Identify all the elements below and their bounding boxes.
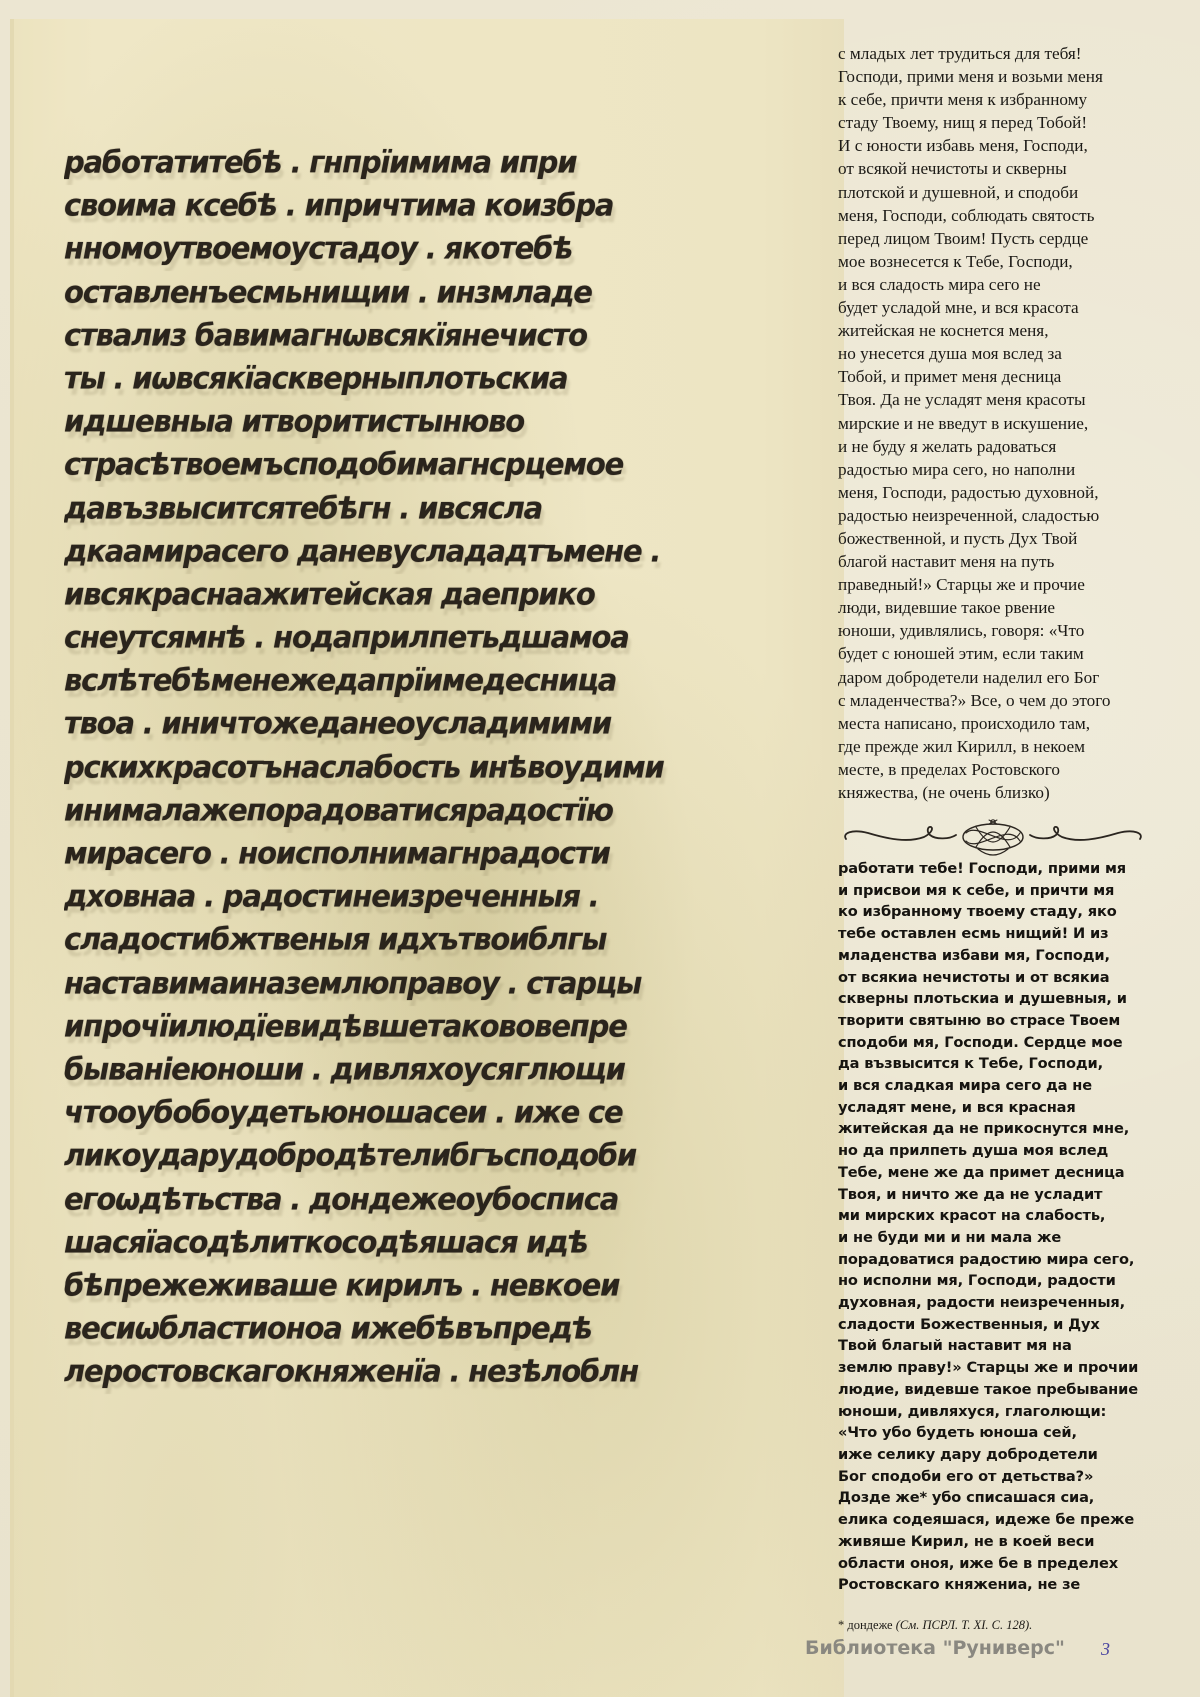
manuscript-line: бѣпрежеживаше кирилъ . невкоеи xyxy=(64,1263,834,1308)
translation-line: с младенчества?» Все, о чем до этого xyxy=(838,689,1200,712)
translation-line: перед лицом Твоим! Пусть сердце xyxy=(838,227,1200,250)
slavonic-line: но да прилпеть душа моя вслед xyxy=(838,1140,1200,1162)
manuscript-line: ипрочїилюдїевидѣвшетакововепре xyxy=(64,1004,834,1049)
slavonic-line: тебе оставлен есмь нищий! И из xyxy=(838,923,1200,945)
manuscript-line: твоа . иничтожеданеоусладимими xyxy=(64,701,834,746)
footnote-marker: * дондеже xyxy=(838,1618,893,1632)
translation-line: даром добродетели наделил его Бог xyxy=(838,666,1200,689)
translation-line: княжества, (не очень близко) xyxy=(838,781,1200,804)
slavonic-line: иже селику дару добродетели xyxy=(838,1444,1200,1466)
slavonic-line: Твой благый наставит мя на xyxy=(838,1335,1200,1357)
manuscript-line: снеутсямнѣ . нодаприлпетьдшамоа xyxy=(64,615,834,660)
translation-line: Господи, прими меня и возьми меня xyxy=(838,65,1200,88)
translation-line: месте, в пределах Ростовского xyxy=(838,758,1200,781)
manuscript-line: вслѣтебѣменежедапрїимедесница xyxy=(64,658,834,703)
translation-line: радостью мира сего, но наполни xyxy=(838,458,1200,481)
church-slavonic-text: работати тебе! Господи, прими мяи присво… xyxy=(838,858,1200,1596)
manuscript-line: идшевныа итворитистынюво xyxy=(64,399,834,444)
manuscript-line: мирасего . ноисполнимагнрадости xyxy=(64,831,834,876)
slavonic-line: Дозде же* убо списашася сиа, xyxy=(838,1487,1200,1509)
translation-line: И с юности избавь меня, Господи, xyxy=(838,134,1200,157)
slavonic-line: Тебе, мене же да примет десница xyxy=(838,1162,1200,1184)
slavonic-line: житейская да не прикоснутся мне, xyxy=(838,1118,1200,1140)
slavonic-line: порадоватися радостию мира сего, xyxy=(838,1249,1200,1271)
slavonic-line: землю праву!» Старцы же и прочии xyxy=(838,1357,1200,1379)
translation-line: божественной, и пусть Дух Твой xyxy=(838,527,1200,550)
slavonic-line: Бог сподоби его от детьства?» xyxy=(838,1466,1200,1488)
slavonic-line: области оноя, иже бе в пределех xyxy=(838,1553,1200,1575)
translation-line: Тобой, и примет меня десница xyxy=(838,365,1200,388)
slavonic-line: ми мирских красот на слабость, xyxy=(838,1205,1200,1227)
manuscript-line: дховнаа . радостинеизреченныя . xyxy=(64,874,834,919)
manuscript-line: своима ксебѣ . ипричтима коизбра xyxy=(64,183,834,228)
translation-line: и вся сладость мира сего не xyxy=(838,273,1200,296)
modern-translation-column: с младых лет трудиться для тебя!Господи,… xyxy=(838,42,1200,804)
translation-line: и не буду я желать радоваться xyxy=(838,435,1200,458)
translation-line: с младых лет трудиться для тебя! xyxy=(838,42,1200,65)
manuscript-line: шасяїасодѣлиткосодѣяшася идѣ xyxy=(64,1220,834,1265)
slavonic-line: елика содеяшася, идеже бе преже xyxy=(838,1509,1200,1531)
manuscript-line: рскихкрасотънаслабость инѣвоудими xyxy=(64,745,834,790)
translation-line: стаду Твоему, нищ я перед Тобой! xyxy=(838,111,1200,134)
manuscript-line: бываніеюноши . дивляхоусяглющи xyxy=(64,1047,834,1092)
translation-line: мирские и не введут в искушение, xyxy=(838,412,1200,435)
slavonic-line: да възвысится к Тебе, Господи, xyxy=(838,1053,1200,1075)
translation-line: благой наставит меня на путь xyxy=(838,550,1200,573)
translation-line: от всякой нечистоты и скверны xyxy=(838,157,1200,180)
slavonic-line: но исполни мя, Господи, радости xyxy=(838,1270,1200,1292)
ornamental-flourish-icon xyxy=(838,817,1148,857)
manuscript-line: оставленъесмьнищии . инзмладе xyxy=(64,269,834,314)
translation-line: плотской и душевной, и сподоби xyxy=(838,181,1200,204)
slavonic-line: Твоя, и ничто же да не усладит xyxy=(838,1184,1200,1206)
slavonic-line: людие, видевше такое пребывание xyxy=(838,1379,1200,1401)
translation-line: Твоя. Да не усладят меня красоты xyxy=(838,388,1200,411)
slavonic-line: ко избранному твоему стаду, яко xyxy=(838,901,1200,923)
translation-line: к себе, причти меня к избранному xyxy=(838,88,1200,111)
manuscript-line: дкаамирасего даневуслададтъмене . xyxy=(64,529,834,574)
manuscript-line: работатитебѣ . гнпрїимима ипри xyxy=(64,140,834,185)
slavonic-line: юноши, дивляхуся, глаголющи: xyxy=(838,1401,1200,1423)
manuscript-facsimile: работатитебѣ . гнпрїимима иприсвоима ксе… xyxy=(10,19,844,1697)
manuscript-line: чтооубобоудетьюношасеи . иже се xyxy=(64,1090,834,1135)
footnote-reference: (См. ПСРЛ. Т. XI. С. 128). xyxy=(896,1618,1033,1632)
manuscript-line: леростовскагокняженїа . незѣлоблн xyxy=(64,1349,834,1394)
manuscript-line: наставимаиназемлюправоу . старцы xyxy=(64,960,834,1005)
slavonic-line: усладят мене, и вся красная xyxy=(838,1097,1200,1119)
translation-line: но унесется душа моя вслед за xyxy=(838,342,1200,365)
manuscript-line: егоωдѣтьства . дондежеоубосписа xyxy=(64,1176,834,1221)
translation-line: места написано, происходило там, xyxy=(838,712,1200,735)
translation-line: праведный!» Старцы же и прочие xyxy=(838,573,1200,596)
manuscript-line: сладостибжтвеныя идхътвоиблгы xyxy=(64,917,834,962)
page-number: 3 xyxy=(1101,1639,1110,1660)
slavonic-line: творити святыню во страсе Твоем xyxy=(838,1010,1200,1032)
translation-line: будет усладой мне, и вся красота xyxy=(838,296,1200,319)
manuscript-line: инималажепорадоватисярадостїю xyxy=(64,788,834,833)
translation-line: меня, Господи, радостью духовной, xyxy=(838,481,1200,504)
manuscript-lines: работатитебѣ . гнпрїимима иприсвоима ксе… xyxy=(64,141,834,1393)
manuscript-line: давъзвыситсятебѣгн . ивсясла xyxy=(64,485,834,530)
translation-line: юноши, удивлялись, говоря: «Что xyxy=(838,619,1200,642)
manuscript-line: ивсякраснаажитейская даеприко xyxy=(64,572,834,617)
translation-line: житейская не коснется меня, xyxy=(838,319,1200,342)
manuscript-line: страсѣтвоемъсподобимагнсрцемое xyxy=(64,442,834,487)
slavonic-line: духовная, радости неизреченныя, xyxy=(838,1292,1200,1314)
footnote: * дондеже (См. ПСРЛ. Т. XI. С. 128). xyxy=(838,1618,1032,1633)
slavonic-line: живяше Кирил, не в коей веси xyxy=(838,1531,1200,1553)
slavonic-line: и вся сладкая мира сего да не xyxy=(838,1075,1200,1097)
slavonic-line: сподоби мя, Господи. Сердце мое xyxy=(838,1032,1200,1054)
slavonic-line: «Что убо будеть юноша сей, xyxy=(838,1422,1200,1444)
slavonic-line: от всякиа нечистоты и от всякиа xyxy=(838,967,1200,989)
translation-line: где прежде жил Кирилл, в некоем xyxy=(838,735,1200,758)
modern-translation-text: с младых лет трудиться для тебя!Господи,… xyxy=(838,42,1200,804)
slavonic-line: сладости Божественныя, и Дух xyxy=(838,1314,1200,1336)
translation-line: меня, Господи, соблюдать святость xyxy=(838,204,1200,227)
slavonic-line: Ростовскаго княжениа, не зе xyxy=(838,1574,1200,1596)
translation-line: будет с юношей этим, если таким xyxy=(838,642,1200,665)
manuscript-line: весиωбластионоа ижебѣвъпредѣ xyxy=(64,1306,834,1351)
slavonic-line: и присвои мя к себе, и причти мя xyxy=(838,880,1200,902)
slavonic-line: и не буди ми и ни мала же xyxy=(838,1227,1200,1249)
slavonic-line: скверны плотьскиа и душевныя, и xyxy=(838,988,1200,1010)
slavonic-line: работати тебе! Господи, прими мя xyxy=(838,858,1200,880)
slavonic-line: младенства избави мя, Господи, xyxy=(838,945,1200,967)
manuscript-line: ствализ бавимагнωвсякїянечисто xyxy=(64,313,834,358)
manuscript-line: ты . иωвсякїаскверныплотьскиа xyxy=(64,356,834,401)
manuscript-line: ликоударудобродѣтелибгъсподоби xyxy=(64,1133,834,1178)
translation-line: мое вознесется к Тебе, Господи, xyxy=(838,250,1200,273)
library-name: Библиотека "Руниверс" xyxy=(805,1637,1065,1659)
manuscript-line: нномоутвоемоустадоу . якотебѣ xyxy=(64,226,834,271)
translation-line: радостью неизреченной, сладостью xyxy=(838,504,1200,527)
translation-line: люди, видевшие такое рвение xyxy=(838,596,1200,619)
